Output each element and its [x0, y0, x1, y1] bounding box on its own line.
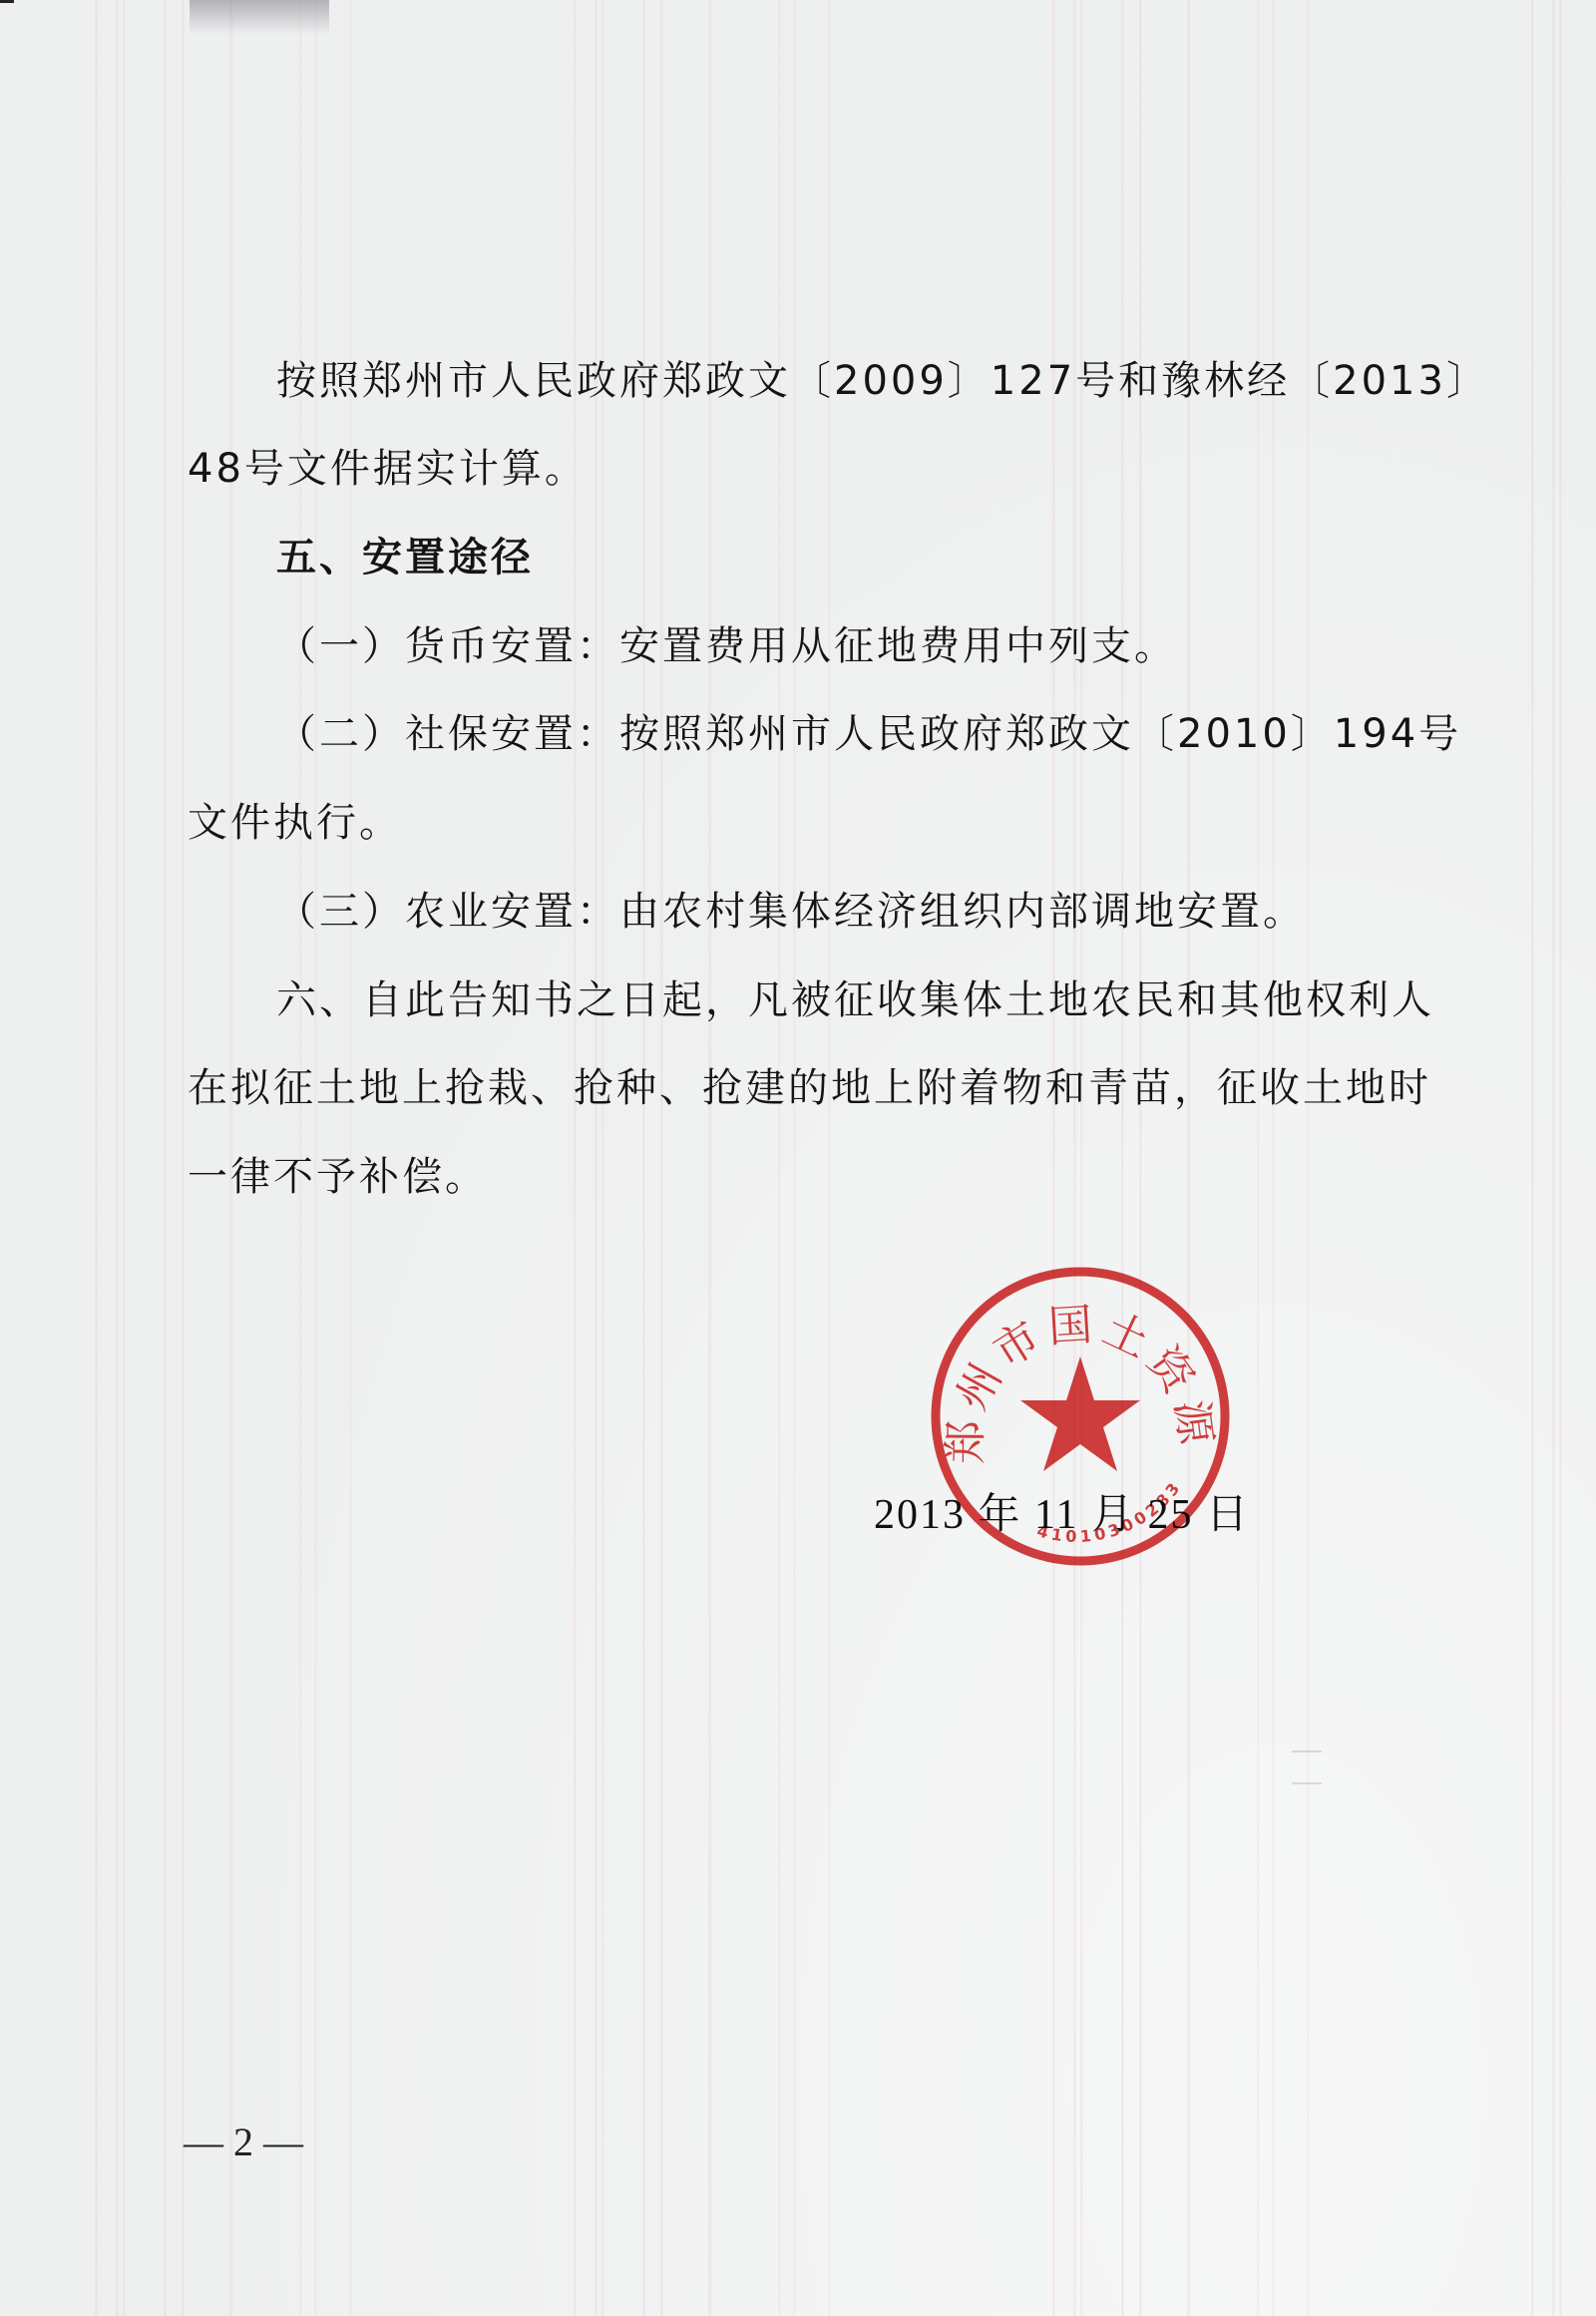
paragraph-line: 48号文件据实计算。	[188, 437, 588, 494]
scan-shadow	[190, 0, 329, 35]
paragraph-line: 一律不予补偿。	[188, 1145, 488, 1202]
list-item: （一）货币安置：安置费用从征地费用中列支。	[276, 614, 1177, 671]
section-heading: 五、安置途径	[276, 526, 534, 582]
star-icon	[1020, 1356, 1140, 1471]
paragraph-line: 按照郑州市人民政府郑政文〔2009〕127号和豫林经〔2013〕	[276, 349, 1489, 406]
paragraph-line: 在拟征土地上抢栽、抢种、抢建的地上附着物和青苗，征收土地时	[188, 1056, 1431, 1113]
page-number: — 2 —	[184, 2119, 303, 2165]
list-item: （三）农业安置：由农村集体经济组织内部调地安置。	[276, 880, 1306, 937]
document-page: { "document": { "paragraphs": [ {"id": "…	[0, 0, 1596, 2316]
faint-scan-mark	[1292, 1750, 1322, 1784]
list-item: （二）社保安置：按照郑州市人民政府郑政文〔2010〕194号	[276, 702, 1461, 759]
paragraph-line: 六、自此告知书之日起，凡被征收集体土地农民和其他权利人	[276, 968, 1434, 1025]
official-seal-stamp: 郑州市国土资源局 41010300283	[926, 1262, 1235, 1571]
scan-edge	[0, 0, 14, 3]
list-item-continuation: 文件执行。	[188, 791, 402, 848]
